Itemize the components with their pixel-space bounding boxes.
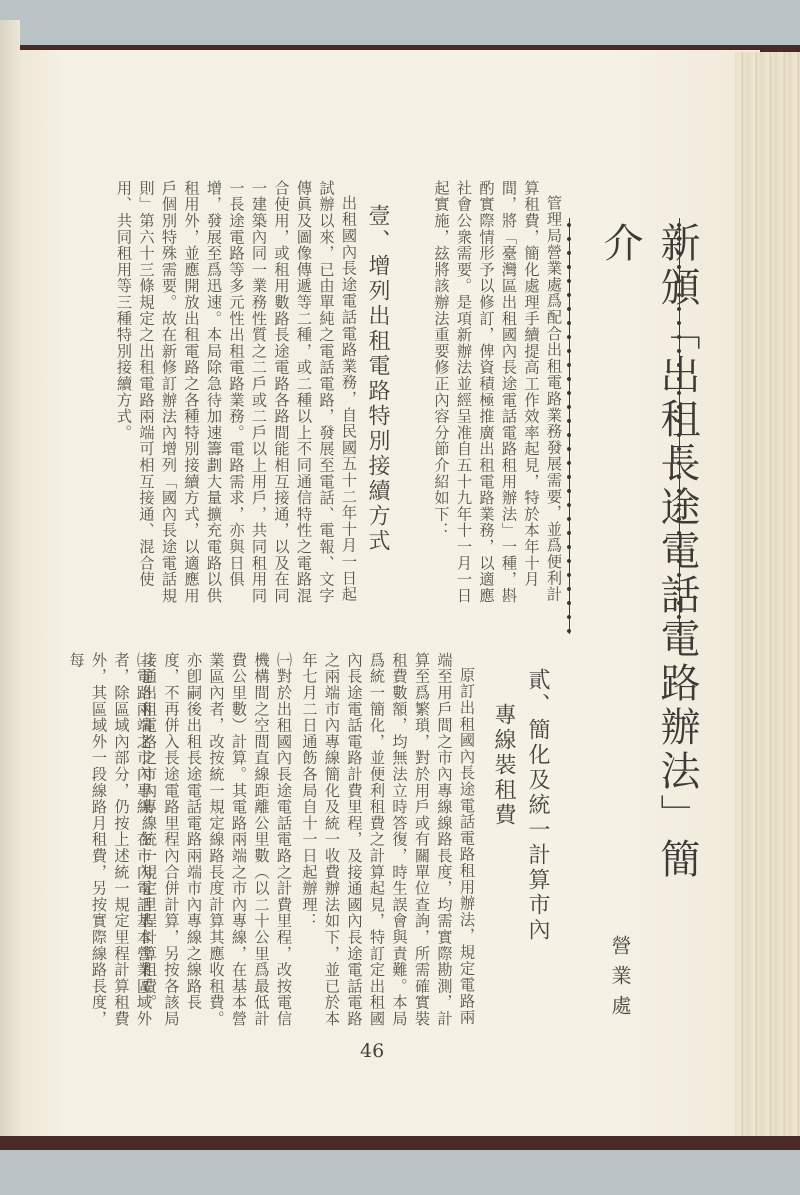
section-2-body: 原訂出租國內長途電話電路租用辦法，規定電路兩端至用戶間之市內專線線路長度，均需實… bbox=[298, 652, 478, 1036]
section-2-item-2: ㈡電路兩端之市內專線，在市內電話基本營業區域外者，除區域內部分，仍按上述統一規定… bbox=[85, 652, 155, 1036]
section-2-heading-line-1: 貳、簡化及統一計算市內 bbox=[522, 668, 553, 988]
previous-page-edge bbox=[0, 20, 20, 1150]
intro-paragraph: 管理局營業處爲配合出租電路業務發展需要，並爲便利計算租費，簡化處理手續提高工作效… bbox=[405, 180, 565, 610]
section-1-body: 出租國內長途電話電路業務，自民國五十二年十月一日起試辦以來，已由單純之電話電路，… bbox=[60, 180, 360, 610]
section-2-item-1: ㈠對於出租國內長途電話電路之計費里程，改按電信機構間之空間直線距離公里數（以二十… bbox=[155, 652, 295, 1036]
article-title: 新頒「出租長途電話電路辦法」簡介 bbox=[592, 222, 706, 922]
page-stack-edges bbox=[735, 52, 800, 1138]
page-number: 46 bbox=[360, 1040, 384, 1062]
book-cover-bottom bbox=[0, 1136, 800, 1150]
author-attribution: 營業處 bbox=[606, 935, 635, 1025]
section-1-heading: 壹、增列出租電路特別接續方式 bbox=[362, 204, 393, 604]
section-2-heading-line-2: 專線裝租費 bbox=[488, 703, 519, 903]
title-ornament-border-left bbox=[564, 218, 574, 634]
